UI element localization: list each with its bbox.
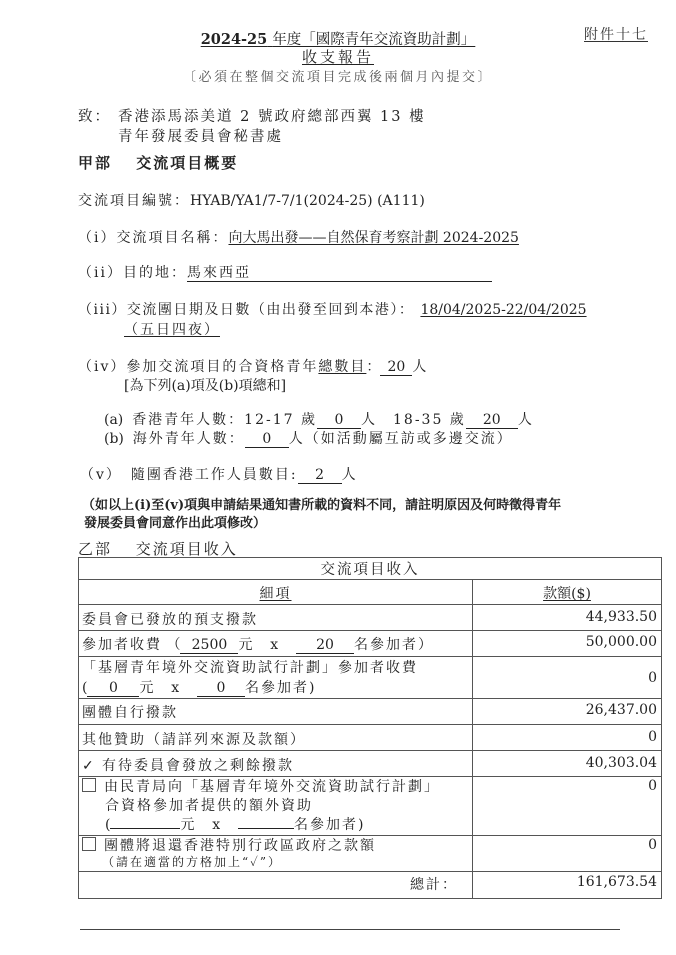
item-b-text: 海外青年人數： <box>133 431 245 447</box>
col-item-label: 細項 <box>260 586 292 602</box>
open-paren: （ <box>166 637 180 653</box>
table-row: 其他贊助（請詳列來源及款額） 0 <box>79 725 662 751</box>
checkbox-icon[interactable] <box>82 778 96 792</box>
times: x <box>212 817 220 833</box>
item-a-unit2: 人 <box>518 412 532 428</box>
row-amount: 0 <box>473 657 662 699</box>
total-amount: 161,673.54 <box>473 872 662 899</box>
total-row: 總計： 161,673.54 <box>79 872 662 899</box>
participant-blank[interactable] <box>238 828 294 829</box>
row-label: 有待委員會發放之剩餘撥款 <box>102 758 294 774</box>
table-row: 參加者收費 （2500元 x 20名參加者） 50,000.00 <box>79 631 662 657</box>
col-amount-header: 款額($) <box>473 580 662 605</box>
item-a-text: 香港青年人數：12-17 歲 <box>132 412 317 428</box>
table-header-row: 細項 款額($) <box>79 580 662 605</box>
remark-line-1: （如以上(i)至(v)項與申請結果通知書所載的資料不同，請註明原因及何時徵得青年 <box>82 494 561 513</box>
total-label: 總計： <box>79 872 473 899</box>
item-iv-label-underlined: 總數目 <box>318 359 366 375</box>
staff-count-value: 2 <box>298 468 342 484</box>
row-label: 「基層青年境外交流資助試行計劃」參加者收費 <box>82 658 469 678</box>
table-row: 團體將退還香港特別行政區政府之款額 （請在適當的方格加上“✓”） 0 <box>79 836 662 872</box>
item-b-label: (b) <box>104 431 124 447</box>
recipient-office: 青年發展委員會秘書處 <box>118 125 283 146</box>
item-a-unit1: 人 18-35 歲 <box>361 412 466 428</box>
row-label: 參加者收費 <box>82 637 162 653</box>
project-number-value: HYAB/YA1/7-7/1(2024-25) (A111) <box>190 193 425 209</box>
row-label-cell: 參加者收費 （2500元 x 20名參加者） <box>79 631 473 657</box>
participant-count-value: 0 <box>197 681 245 697</box>
col-amount-label: 款額($) <box>543 586 591 602</box>
open-paren: ( <box>105 817 110 833</box>
hk-youth-18-35-value: 20 <box>466 413 518 429</box>
row-amount: 44,933.50 <box>473 605 662 631</box>
table-title-row: 交流項目收入 <box>79 558 662 580</box>
part-b-heading: 乙部 交流項目收入 <box>78 538 238 559</box>
times: x <box>171 680 179 696</box>
row-label: 委員會已發放的預支撥款 <box>79 605 473 631</box>
fee-unit: 元 <box>139 680 153 696</box>
project-number-label: 交流項目編號： <box>78 193 190 209</box>
row-amount: 0 <box>473 725 662 751</box>
item-a-row: (a) 香港青年人數：12-17 歲0人 18-35 歲20人 <box>104 409 532 429</box>
overseas-youth-value: 0 <box>245 432 289 448</box>
times: x <box>270 637 278 653</box>
part-a-heading: 甲部 交流項目概要 <box>78 152 238 173</box>
row-label: 團體自行撥款 <box>79 699 473 725</box>
row-amount: 0 <box>473 836 662 872</box>
destination-value: 馬來西亞 <box>187 266 492 282</box>
document-subtitle: 收支報告 <box>0 46 676 67</box>
fee-unit: 元 <box>180 817 194 833</box>
table-row: 團體自行撥款 26,437.00 <box>79 699 662 725</box>
count-unit: 名參加者） <box>354 637 434 653</box>
item-a-label: (a) <box>104 412 123 428</box>
row-amount: 26,437.00 <box>473 699 662 725</box>
row-amount: 50,000.00 <box>473 631 662 657</box>
row-label-cell: 團體將退還香港特別行政區政府之款額 （請在適當的方格加上“✓”） <box>79 836 473 872</box>
item-iv-label: （iv）參加交流項目的合資格青年 <box>78 359 318 375</box>
item-iii-row: （iii）交流團日期及日數（由出發至回到本港）：18/04/2025-22/04… <box>78 299 587 319</box>
checkbox-icon[interactable] <box>82 837 96 851</box>
item-b-unit: 人（如活動屬互訪或多邊交流） <box>289 431 513 447</box>
row-label-cell: ✓有待委員會發放之剩餘撥款 <box>79 751 473 777</box>
row-note: （請在適當的方格加上“✓”） <box>82 855 469 869</box>
row-amount: 40,303.04 <box>473 751 662 777</box>
divider-line <box>80 929 620 930</box>
table-row: 委員會已發放的預支撥款 44,933.50 <box>79 605 662 631</box>
item-ii-label: （ii）目的地： <box>78 265 187 281</box>
exchange-days-value: （五日四夜） <box>124 319 220 339</box>
fee-line: (元 x 名參加者) <box>82 816 469 835</box>
unit: 人 <box>412 359 426 375</box>
fee-unit: 元 <box>238 637 252 653</box>
table-title: 交流項目收入 <box>79 558 662 580</box>
item-iv-note: [為下列(a)項及(b)項總和] <box>124 375 286 395</box>
item-v-unit: 人 <box>342 467 356 483</box>
table-row: ✓有待委員會發放之剩餘撥款 40,303.04 <box>79 751 662 777</box>
table-row: 「基層青年境外交流資助試行計劃」參加者收費 (0元 x 0名參加者) 0 <box>79 657 662 699</box>
hk-youth-12-17-value: 0 <box>317 413 361 429</box>
item-v-label: （v） 隨團香港工作人員數目: <box>80 467 298 483</box>
recipient-address: 香港添馬添美道 2 號政府總部西翼 13 樓 <box>118 105 426 126</box>
row-label-2: 合資格參加者提供的額外資助 <box>82 797 469 816</box>
col-item-header: 細項 <box>79 580 473 605</box>
item-i-row: （i）交流項目名稱：向大馬出發——自然保育考察計劃 2024-2025 <box>78 227 519 247</box>
remark-line-2: 發展委員會同意作出此項修改） <box>84 512 266 531</box>
item-ii-row: （ii）目的地：馬來西亞 <box>78 262 492 282</box>
item-iv-row: （iv）參加交流項目的合資格青年總數目：20人 <box>78 356 426 376</box>
fee-blank[interactable] <box>110 828 180 829</box>
row-label-cell: 「基層青年境外交流資助試行計劃」參加者收費 (0元 x 0名參加者) <box>79 657 473 699</box>
table-row: 由民青局向「基層青年境外交流資助試行計劃」 合資格參加者提供的額外資助 (元 x… <box>79 777 662 836</box>
row-amount: 0 <box>473 777 662 836</box>
colon: ： <box>366 359 380 375</box>
item-iii-label: （iii）交流團日期及日數（由出發至回到本港）： <box>78 302 414 318</box>
item-b-row: (b) 海外青年人數：0人（如活動屬互訪或多邊交流） <box>104 428 513 448</box>
recipient-label: 致： <box>78 105 111 126</box>
participant-count-value: 20 <box>296 638 354 654</box>
exchange-dates-value: 18/04/2025-22/04/2025 <box>414 302 586 318</box>
income-table: 交流項目收入 細項 款額($) 委員會已發放的預支撥款 44,933.50 參加… <box>78 557 662 899</box>
fee-line: (0元 x 0名參加者) <box>82 678 469 698</box>
count-unit: 名參加者) <box>245 680 316 696</box>
annex-label: 附件十七 <box>584 24 648 44</box>
item-v-row: （v） 隨團香港工作人員數目:2人 <box>80 464 356 484</box>
total-youth-value: 20 <box>380 360 412 376</box>
item-i-label: （i）交流項目名稱： <box>78 230 228 246</box>
fee-value: 0 <box>87 681 139 697</box>
fee-value: 2500 <box>180 638 238 654</box>
row-label: 其他贊助（請詳列來源及款額） <box>79 725 473 751</box>
project-name-value: 向大馬出發——自然保育考察計劃 2024-2025 <box>228 230 518 246</box>
row-label-cell: 由民青局向「基層青年境外交流資助試行計劃」 合資格參加者提供的額外資助 (元 x… <box>79 777 473 836</box>
checkmark-icon[interactable]: ✓ <box>82 758 96 774</box>
row-label: 由民青局向「基層青年境外交流資助試行計劃」 <box>104 779 440 795</box>
project-number-row: 交流項目編號：HYAB/YA1/7-7/1(2024-25) (A111) <box>78 190 425 210</box>
row-label: 團體將退還香港特別行政區政府之款額 <box>104 838 376 854</box>
count-unit: 名參加者) <box>294 817 365 833</box>
submission-note: 〔必須在整個交流項目完成後兩個月內提交〕 <box>0 66 676 85</box>
